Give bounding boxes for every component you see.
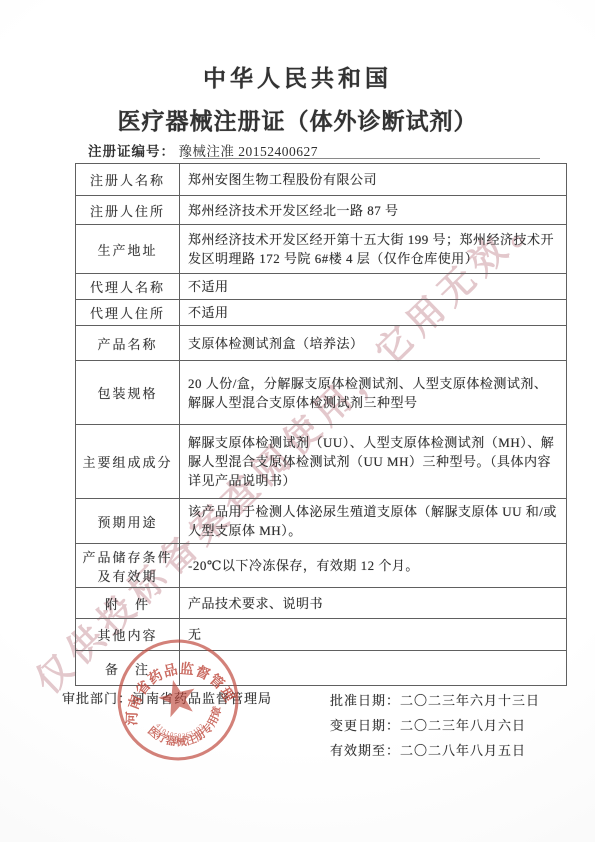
row-value: 郑州经济技术开发区经开第十五大街 199 号；郑州经济技术开发区明理路 172 … (180, 225, 567, 274)
date-value: 二〇二八年八月五日 (400, 743, 526, 758)
row-label: 备 注 (76, 651, 180, 686)
table-row: 注册人住所 郑州经济技术开发区经北一路 87 号 (76, 196, 567, 225)
row-label: 附 件 (76, 588, 180, 619)
row-label: 注册人名称 (76, 164, 180, 196)
row-value: 不适用 (180, 274, 567, 300)
row-value: 郑州安图生物工程股份有限公司 (180, 164, 567, 196)
table-row: 主要组成成分 解脲支原体检测试剂（UU）、人型支原体检测试剂（MH）、解脲人型混… (76, 425, 567, 499)
row-label: 产品名称 (76, 326, 180, 361)
table-row: 产品储存条件及有效期 -20℃以下冷冻保存，有效期 12 个月。 (76, 544, 567, 588)
row-label: 代理人住所 (76, 300, 180, 326)
row-value: 该产品用于检测人体泌尿生殖道支原体（解脲支原体 UU 和/或人型支原体 MH）。 (180, 499, 567, 544)
date-row: 变更日期：二〇二三年八月六日 (330, 713, 540, 738)
cert-number-line: 注册证编号： 豫械注准 20152400627 (88, 140, 318, 160)
row-label: 代理人名称 (76, 274, 180, 300)
row-label: 产品储存条件及有效期 (76, 544, 180, 588)
date-label: 变更日期： (330, 718, 400, 733)
table-row: 附 件 产品技术要求、说明书 (76, 588, 567, 619)
certificate-page: 仅供投标备案查阅使用，它用无效。 中华人民共和国 医疗器械注册证（体外诊断试剂）… (0, 0, 595, 842)
cert-table-body: 注册人名称 郑州安图生物工程股份有限公司 注册人住所 郑州经济技术开发区经北一路… (76, 164, 567, 686)
row-label: 主要组成成分 (76, 425, 180, 499)
approval-department-value: 河南省药品监督管理局 (132, 691, 272, 706)
certificate-footer: 审批部门：河南省药品监督管理局 批准日期：二〇二三年六月十三日 变更日期：二〇二… (62, 688, 540, 763)
title-country: 中华人民共和国 (0, 60, 595, 93)
date-row: 批准日期：二〇二三年六月十三日 (330, 688, 540, 713)
cert-number-underline (183, 158, 540, 159)
table-row: 注册人名称 郑州安图生物工程股份有限公司 (76, 164, 567, 196)
row-label: 注册人住所 (76, 196, 180, 225)
table-row: 产品名称 支原体检测试剂盒（培养法） (76, 326, 567, 361)
date-block: 批准日期：二〇二三年六月十三日 变更日期：二〇二三年八月六日 有效期至：二〇二八… (330, 688, 540, 763)
row-value: -20℃以下冷冻保存，有效期 12 个月。 (180, 544, 567, 588)
table-row: 生产地址 郑州经济技术开发区经开第十五大街 199 号；郑州经济技术开发区明理路… (76, 225, 567, 274)
date-label: 批准日期： (330, 693, 400, 708)
certificate-table: 注册人名称 郑州安图生物工程股份有限公司 注册人住所 郑州经济技术开发区经北一路… (75, 163, 567, 686)
document-header: 中华人民共和国 医疗器械注册证（体外诊断试剂） (0, 60, 595, 136)
row-label: 其他内容 (76, 619, 180, 651)
row-value: 郑州经济技术开发区经北一路 87 号 (180, 196, 567, 225)
row-value: 20 人份/盒，分解脲支原体检测试剂、人型支原体检测试剂、解脲人型混合支原体检测… (180, 361, 567, 425)
cert-number-value: 豫械注准 20152400627 (178, 144, 318, 159)
row-label: 生产地址 (76, 225, 180, 274)
table-row: 包装规格 20 人份/盒，分解脲支原体检测试剂、人型支原体检测试剂、解脲人型混合… (76, 361, 567, 425)
table-row: 其他内容 无 (76, 619, 567, 651)
row-label: 包装规格 (76, 361, 180, 425)
approval-department-label: 审批部门： (62, 691, 132, 706)
table-row: 备 注 (76, 651, 567, 686)
date-value: 二〇二三年八月六日 (400, 718, 526, 733)
table-row: 预期用途 该产品用于检测人体泌尿生殖道支原体（解脲支原体 UU 和/或人型支原体… (76, 499, 567, 544)
row-value: 解脲支原体检测试剂（UU）、人型支原体检测试剂（MH）、解脲人型混合支原体检测试… (180, 425, 567, 499)
date-label: 有效期至： (330, 743, 400, 758)
date-row: 有效期至：二〇二八年八月五日 (330, 738, 540, 763)
title-certificate: 医疗器械注册证（体外诊断试剂） (0, 103, 595, 136)
row-value: 支原体检测试剂盒（培养法） (180, 326, 567, 361)
table-row: 代理人住所 不适用 (76, 300, 567, 326)
table-row: 代理人名称 不适用 (76, 274, 567, 300)
row-value: 无 (180, 619, 567, 651)
cert-number-label: 注册证编号： (88, 144, 175, 159)
row-value (180, 651, 567, 686)
row-label: 预期用途 (76, 499, 180, 544)
row-value: 不适用 (180, 300, 567, 326)
row-value: 产品技术要求、说明书 (180, 588, 567, 619)
date-value: 二〇二三年六月十三日 (400, 693, 540, 708)
approval-department: 审批部门：河南省药品监督管理局 (62, 688, 272, 763)
